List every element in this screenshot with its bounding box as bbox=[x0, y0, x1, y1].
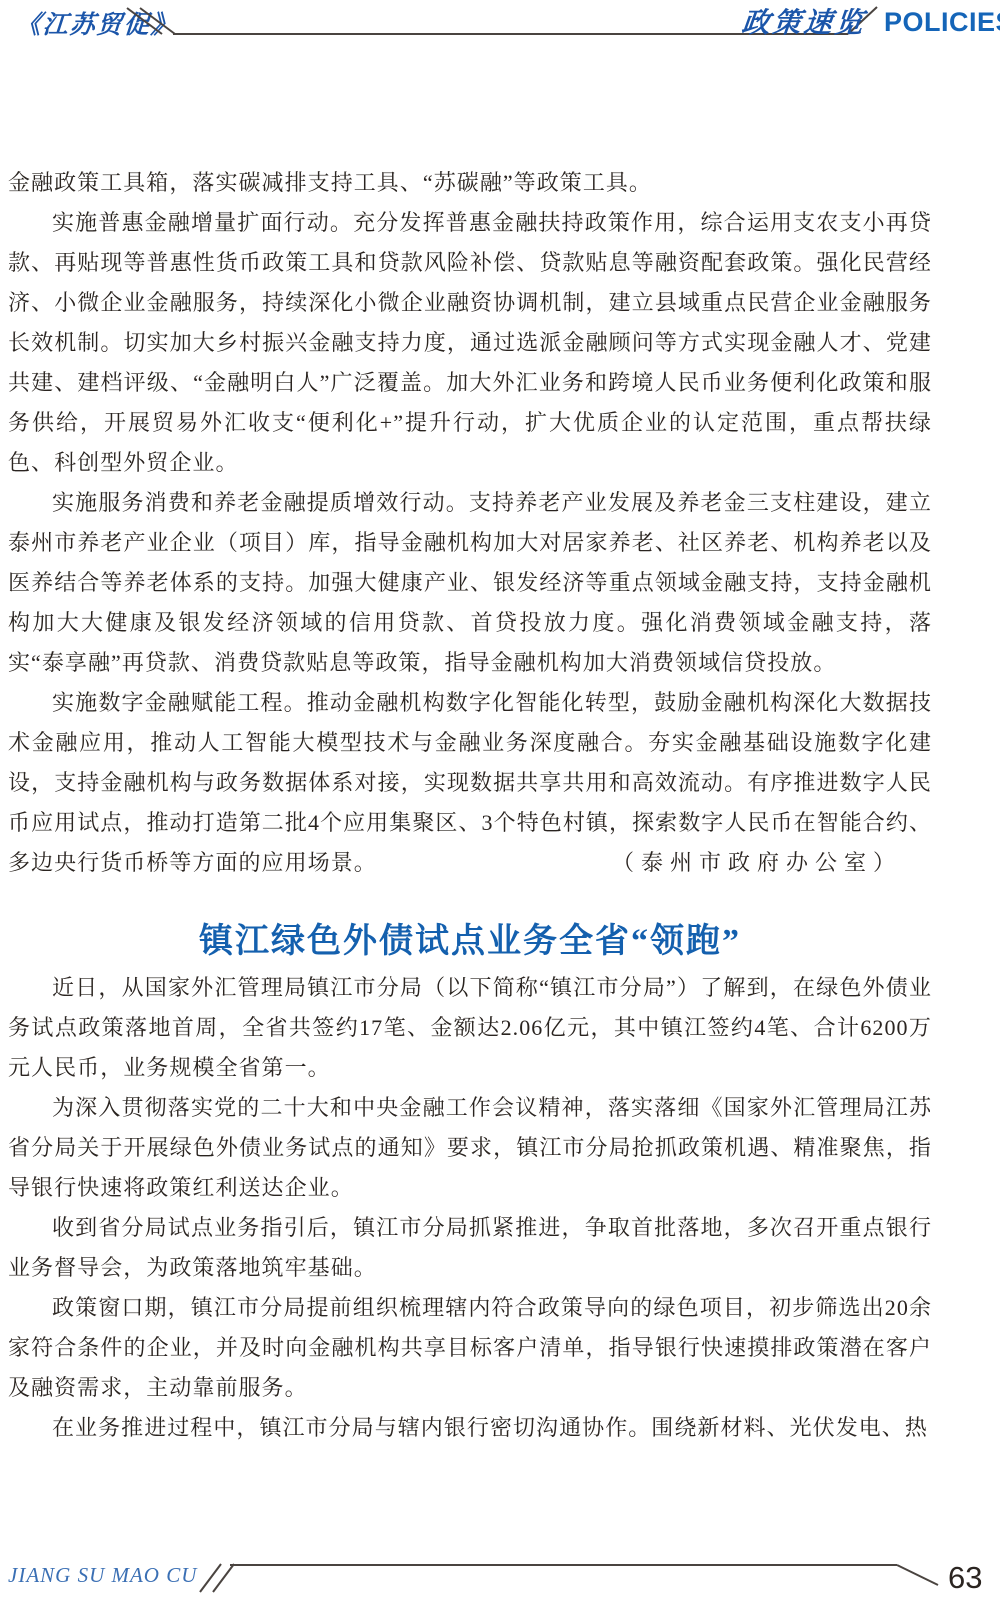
column-title-en: POLICIES bbox=[884, 7, 1000, 38]
paragraph: 在业务推进过程中，镇江市分局与辖内银行密切沟通协作。围绕新材料、光伏发电、热 bbox=[8, 1408, 932, 1448]
slash-icon bbox=[213, 1564, 234, 1592]
magazine-page: 《江苏贸促》 政策速览 POLICIES 金融政策工具箱，落实碳减排支持工具、“… bbox=[0, 0, 1000, 1598]
paragraph: 政策窗口期，镇江市分局提前组织梳理辖内符合政策导向的绿色项目，初步筛选出20余家… bbox=[8, 1288, 932, 1408]
paragraph: 金融政策工具箱，落实碳减排支持工具、“苏碳融”等政策工具。 bbox=[8, 163, 932, 203]
page-content: 金融政策工具箱，落实碳减排支持工具、“苏碳融”等政策工具。 实施普惠金融增量扩面… bbox=[8, 163, 932, 1448]
footer-journal-name: JIANG SU MAO CU bbox=[8, 1563, 197, 1588]
article-zhenjiang-green-debt: 近日，从国家外汇管理局镇江市分局（以下简称“镇江市分局”）了解到，在绿色外债业务… bbox=[8, 968, 932, 1448]
paragraph: 收到省分局试点业务指引后，镇江市分局抓紧推进，争取首批落地，多次召开重点银行业务… bbox=[8, 1208, 932, 1288]
column-title-cn: 政策速览 bbox=[740, 1, 868, 41]
paragraph: 近日，从国家外汇管理局镇江市分局（以下简称“镇江市分局”）了解到，在绿色外债业务… bbox=[8, 968, 932, 1088]
page-number: 63 bbox=[948, 1560, 982, 1596]
backslash-icon bbox=[897, 1565, 938, 1585]
article-taizhou-finance-policy: 金融政策工具箱，落实碳减排支持工具、“苏碳融”等政策工具。 实施普惠金融增量扩面… bbox=[8, 163, 932, 883]
article-title: 镇江绿色外债试点业务全省“领跑” bbox=[8, 918, 932, 966]
paragraph: 实施服务消费和养老金融提质增效行动。支持养老产业发展及养老金三支柱建设，建立泰州… bbox=[8, 483, 932, 683]
slash-icon bbox=[200, 1564, 221, 1592]
paragraph: 实施普惠金融增量扩面行动。充分发挥普惠金融扶持政策作用，综合运用支农支小再贷款、… bbox=[8, 203, 932, 483]
paragraph: 为深入贯彻落实党的二十大和中央金融工作会议精神，落实落细《国家外汇管理局江苏省分… bbox=[8, 1088, 932, 1208]
